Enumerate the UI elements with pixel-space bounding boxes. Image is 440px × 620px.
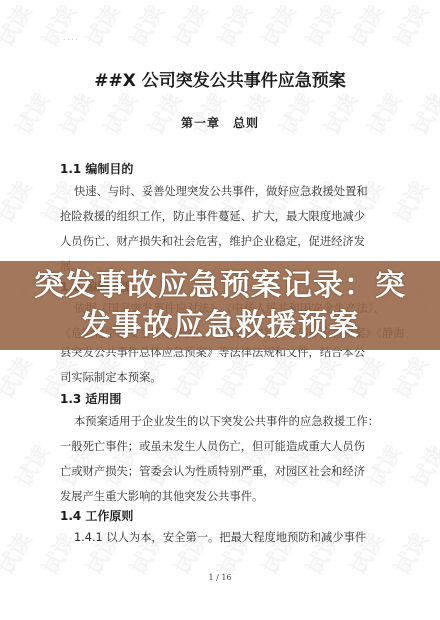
paragraph-line: 快速、与时、妥善处理突发公共事件，做好应急救援处置和 — [60, 179, 390, 204]
header-dots: .... — [63, 34, 80, 42]
watermark-mark: 试读 — [8, 439, 57, 493]
watermark-mark: 试读 — [34, 0, 83, 52]
watermark-mark: 试读 — [298, 0, 347, 52]
chapter-heading: 第一章 总则 — [0, 114, 440, 131]
watermark-mark: 试读 — [386, 175, 435, 229]
watermark-mark: 试读 — [342, 0, 391, 52]
section-body-1-3: 本预案适用于企业发生的以下突发公共事件的应急救援工作： 一般死亡事件；或虽未发生… — [60, 409, 390, 509]
section-heading-1-4: 1.4 工作原则 — [60, 507, 133, 524]
watermark-mark: 试读 — [166, 0, 215, 52]
banner-title: 突发事故应急预案记录：突 发事故应急救援预案 — [0, 266, 440, 346]
paragraph-line: 司实际制定本预案。 — [60, 365, 390, 390]
paragraph-line: 发展产生重大影响的其他突发公共事件。 — [60, 484, 390, 509]
watermark-mark: 试读 — [254, 0, 303, 52]
watermark-mark: 试读 — [210, 0, 259, 52]
watermark-mark: 试读 — [78, 0, 127, 52]
watermark-mark: 试读 — [122, 0, 171, 52]
paragraph-line: 一般死亡事件；或虽未发生人员伤亡，但可能造成重大人员伤 — [60, 434, 390, 459]
document-page: 试读试读试读试读试读试读试读试读试读试读试读试读试读试读试读试读试读试读试读试读… — [0, 0, 440, 620]
watermark-mark: 试读 — [0, 351, 38, 405]
watermark-mark: 试读 — [0, 175, 38, 229]
paragraph-line: 亡或财产损失；管委会认为性质特别严重，对园区社会和经济 — [60, 459, 390, 484]
page-number: 1 / 16 — [0, 573, 440, 582]
watermark-mark: 试读 — [386, 0, 435, 52]
paragraph-line: 人员伤亡、财产损失和社会危害，维护企业稳定，促进经济发 — [60, 229, 390, 254]
banner-title-line-2: 发事故应急救援预案 — [0, 306, 440, 346]
paragraph-line: 1.4.1 以人为本，安全第一。把最大程度地预防和减少事件 — [60, 525, 390, 550]
watermark-mark: 试读 — [404, 439, 440, 493]
watermark-mark: 试读 — [0, 0, 38, 52]
paragraph-line: 本预案适用于企业发生的以下突发公共事件的应急救援工作： — [60, 409, 390, 434]
document-title: ##X 公司突发公共事件应急预案 — [0, 66, 440, 91]
banner-title-line-1: 突发事故应急预案记录：突 — [0, 266, 440, 306]
paragraph-line: 抢险救援的组织工作，防止事件蔓延、扩大，最大限度地减少 — [60, 204, 390, 229]
section-body-1-4: 1.4.1 以人为本，安全第一。把最大程度地预防和减少事件 — [60, 525, 390, 550]
watermark-mark: 试读 — [386, 351, 435, 405]
section-heading-1-1: 1.1 编制目的 — [60, 160, 133, 177]
section-heading-1-3: 1.3 适用围 — [60, 390, 121, 407]
